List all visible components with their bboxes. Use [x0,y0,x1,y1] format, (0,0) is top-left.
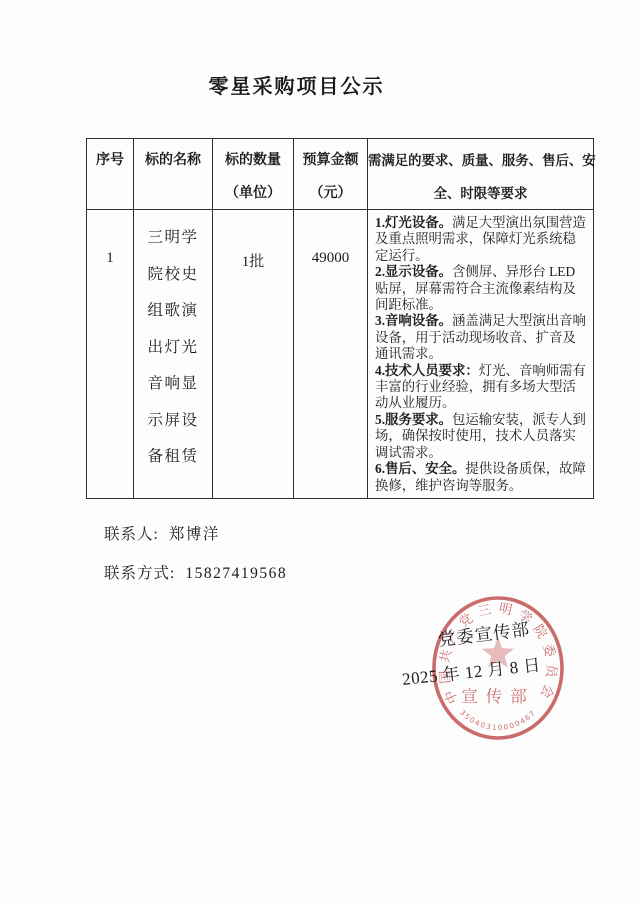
table-row: 1 三明学院校史组歌演出灯光音响显示屏设备租赁 1批 49000 1.灯光设备。… [87,210,594,499]
subject-name: 三明学院校史组歌演出灯光音响显示屏设备租赁 [141,220,205,476]
document-title: 零星采购项目公示 [0,70,593,99]
header-name-label: 标的名称 [134,151,212,171]
seal-department-text: 宣传部 [461,687,535,706]
cell-name: 三明学院校史组歌演出灯光音响显示屏设备租赁 [134,210,213,499]
seal-serial-number: 35040310000467 [458,708,538,732]
cell-requirements: 1.灯光设备。满足大型演出氛围营造及重点照明需求，保障灯光系统稳定运行。 2.显… [368,210,594,499]
requirement-item: 6.售后、安全。提供设备质保，故障换修，维护咨询等服务。 [375,461,587,494]
document-page: 零星采购项目公示 序号 标的名称 [0,0,639,903]
procurement-table: 序号 标的名称 标的数量 （单位） [86,138,594,499]
requirement-item: 1.灯光设备。满足大型演出氛围营造及重点照明需求，保障灯光系统稳定运行。 [375,215,587,264]
header-cell-budget: 预算金额 （元） [294,139,368,210]
requirement-item: 4.技术人员要求：灯光、音响师需有丰富的行业经验，拥有多场大型活动从业履历。 [375,363,587,412]
contact-block: 联系人:郑博洋 联系方式:15827419568 [104,522,287,600]
header-cell-index: 序号 [87,139,134,210]
header-quantity-label: 标的数量 [213,151,293,171]
cell-budget: 49000 [294,210,368,499]
header-cell-requirements: 需满足的要求、质量、服务、售后、安 全、时限等要求 [368,139,594,210]
contact-phone-line: 联系方式:15827419568 [104,561,287,583]
svg-text:35040310000467: 35040310000467 [458,708,538,732]
contact-phone-value: 15827419568 [185,565,287,582]
requirement-item: 3.音响设备。涵盖满足大型演出音响设备，用于活动现场收音、扩音及通讯需求。 [375,313,587,362]
header-cell-quantity: 标的数量 （单位） [213,139,294,210]
cell-quantity: 1批 [213,210,294,499]
header-index-label: 序号 [87,151,133,171]
requirement-item: 2.显示设备。含侧屏、异形台 LED 贴屏，屏幕需符合主流像素结构及间距标准。 [375,264,587,313]
header-requirements-label: 需满足的要求、质量、服务、售后、安 [368,151,593,171]
cell-index: 1 [87,210,134,499]
header-cell-name: 标的名称 [134,139,213,210]
table-header-row: 序号 标的名称 标的数量 （单位） [87,139,594,210]
contact-phone-label: 联系方式: [104,565,175,582]
requirement-item: 5.服务要求。包运输安装，派专人到场，确保按时使用，技术人员落实调试需求。 [375,412,587,461]
contact-person-line: 联系人:郑博洋 [104,522,287,544]
contact-person-label: 联系人: [104,526,159,543]
header-budget-label: 预算金额 [294,151,367,171]
contact-person-value: 郑博洋 [169,526,220,543]
